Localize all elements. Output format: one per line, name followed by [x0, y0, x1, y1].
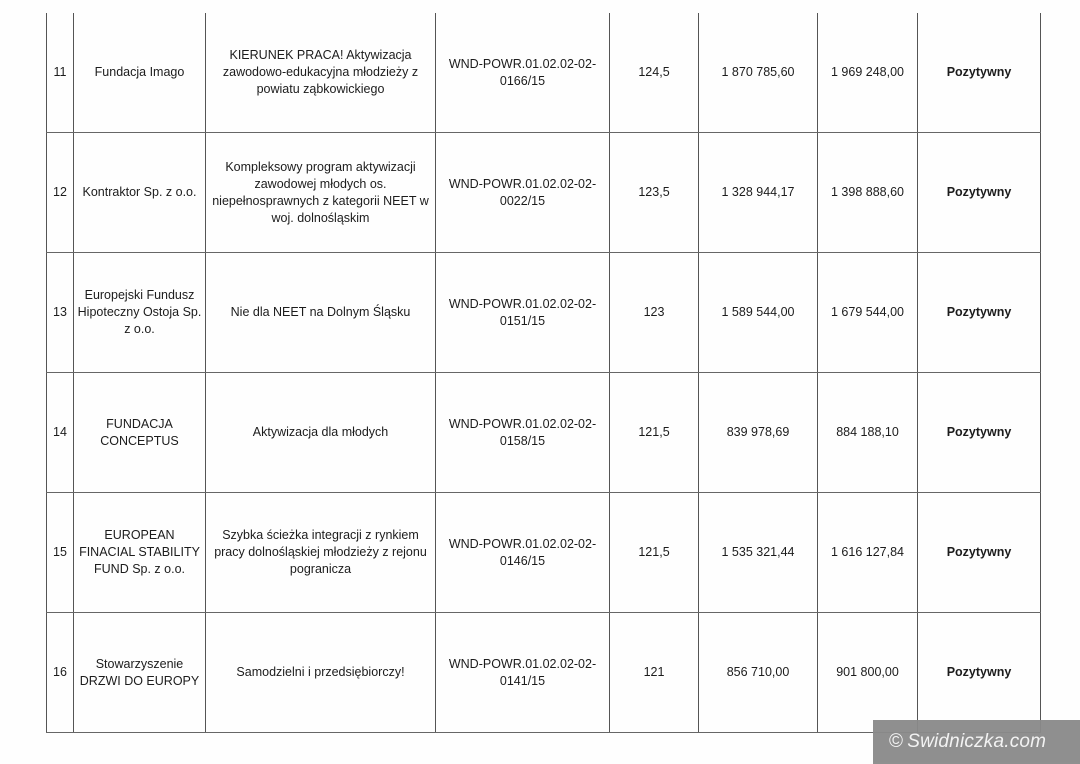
- cell-organization: Fundacja Imago: [74, 13, 206, 133]
- watermark-text: Swidniczka.com: [907, 731, 1046, 753]
- cell-lp: 11: [47, 13, 74, 133]
- cell-lp: 12: [47, 133, 74, 253]
- cell-project-value: 1 969 248,00: [818, 13, 918, 133]
- table-row: 14 FUNDACJA CONCEPTUS Aktywizacja dla mł…: [47, 373, 1041, 493]
- cell-organization: FUNDACJA CONCEPTUS: [74, 373, 206, 493]
- cell-points: 123: [610, 253, 699, 373]
- cell-result: Pozytywny: [918, 493, 1041, 613]
- cell-organization: EUROPEAN FINACIAL STABILITY FUND Sp. z o…: [74, 493, 206, 613]
- cell-cofinancing: 1 328 944,17: [699, 133, 818, 253]
- cell-lp: 15: [47, 493, 74, 613]
- cell-application-number: WND-POWR.01.02.02-02-0158/15: [436, 373, 610, 493]
- cell-project-value: 901 800,00: [818, 613, 918, 733]
- cell-application-number: WND-POWR.01.02.02-02-0166/15: [436, 13, 610, 133]
- cell-application-number: WND-POWR.01.02.02-02-0022/15: [436, 133, 610, 253]
- cell-cofinancing: 1 870 785,60: [699, 13, 818, 133]
- cell-application-number: WND-POWR.01.02.02-02-0146/15: [436, 493, 610, 613]
- cell-organization: Stowarzyszenie DRZWI DO EUROPY: [74, 613, 206, 733]
- cell-project-title: KIERUNEK PRACA! Aktywizacja zawodowo-edu…: [206, 13, 436, 133]
- cell-result: Pozytywny: [918, 373, 1041, 493]
- cell-lp: 13: [47, 253, 74, 373]
- table-row: 12 Kontraktor Sp. z o.o. Kompleksowy pro…: [47, 133, 1041, 253]
- cell-lp: 16: [47, 613, 74, 733]
- cell-result: Pozytywny: [918, 13, 1041, 133]
- cell-project-value: 1 398 888,60: [818, 133, 918, 253]
- watermark: © Swidniczka.com: [873, 720, 1080, 764]
- cell-result: Pozytywny: [918, 253, 1041, 373]
- cell-project-title: Nie dla NEET na Dolnym Śląsku: [206, 253, 436, 373]
- cell-project-value: 884 188,10: [818, 373, 918, 493]
- cell-application-number: WND-POWR.01.02.02-02-0141/15: [436, 613, 610, 733]
- copyright-icon: ©: [889, 731, 903, 753]
- table-row: 16 Stowarzyszenie DRZWI DO EUROPY Samodz…: [47, 613, 1041, 733]
- cell-organization: Kontraktor Sp. z o.o.: [74, 133, 206, 253]
- cell-points: 124,5: [610, 13, 699, 133]
- table-row: 11 Fundacja Imago KIERUNEK PRACA! Aktywi…: [47, 13, 1041, 133]
- cell-cofinancing: 839 978,69: [699, 373, 818, 493]
- cell-project-title: Kompleksowy program aktywizacji zawodowe…: [206, 133, 436, 253]
- cell-project-value: 1 679 544,00: [818, 253, 918, 373]
- results-table: 11 Fundacja Imago KIERUNEK PRACA! Aktywi…: [46, 13, 1041, 733]
- cell-points: 121: [610, 613, 699, 733]
- document-page: 11 Fundacja Imago KIERUNEK PRACA! Aktywi…: [0, 0, 1080, 764]
- cell-project-value: 1 616 127,84: [818, 493, 918, 613]
- cell-project-title: Szybka ścieżka integracji z rynkiem prac…: [206, 493, 436, 613]
- cell-points: 123,5: [610, 133, 699, 253]
- cell-lp: 14: [47, 373, 74, 493]
- cell-result: Pozytywny: [918, 133, 1041, 253]
- cell-result: Pozytywny: [918, 613, 1041, 733]
- cell-organization: Europejski Fundusz Hipoteczny Ostoja Sp.…: [74, 253, 206, 373]
- cell-cofinancing: 1 589 544,00: [699, 253, 818, 373]
- cell-project-title: Aktywizacja dla młodych: [206, 373, 436, 493]
- cell-project-title: Samodzielni i przedsiębiorczy!: [206, 613, 436, 733]
- results-table-body: 11 Fundacja Imago KIERUNEK PRACA! Aktywi…: [47, 13, 1041, 733]
- cell-cofinancing: 1 535 321,44: [699, 493, 818, 613]
- cell-points: 121,5: [610, 373, 699, 493]
- cell-application-number: WND-POWR.01.02.02-02-0151/15: [436, 253, 610, 373]
- table-row: 13 Europejski Fundusz Hipoteczny Ostoja …: [47, 253, 1041, 373]
- cell-cofinancing: 856 710,00: [699, 613, 818, 733]
- table-row: 15 EUROPEAN FINACIAL STABILITY FUND Sp. …: [47, 493, 1041, 613]
- cell-points: 121,5: [610, 493, 699, 613]
